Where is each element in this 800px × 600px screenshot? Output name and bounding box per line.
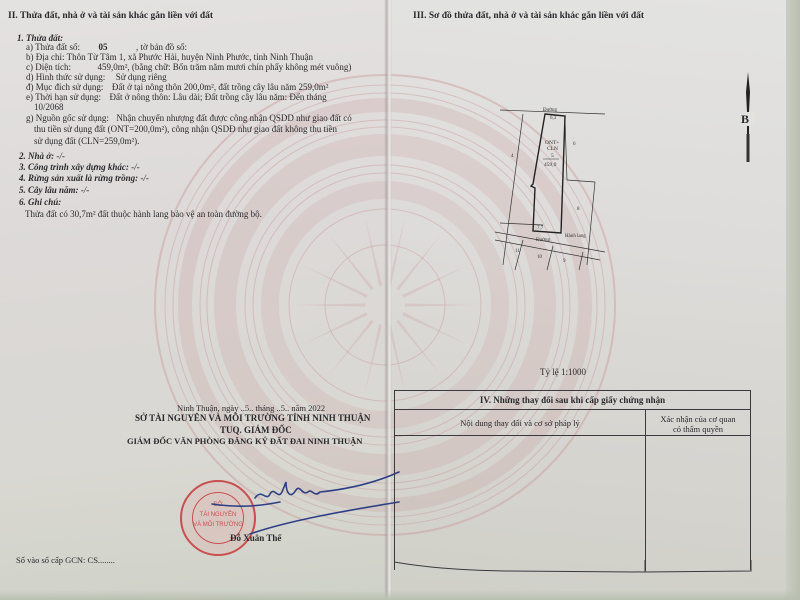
svg-text:6,3: 6,3 bbox=[550, 116, 557, 121]
perennial-trees-row: 5. Cây lâu năm: -/- bbox=[19, 185, 89, 196]
house-value: -/- bbox=[56, 151, 65, 161]
on-behalf-of: TUQ. GIÁM ĐỐC bbox=[220, 425, 292, 436]
signer-name: Đỗ Xuân Thể bbox=[230, 533, 281, 544]
changes-content-header: Nội dung thay đổi và cơ sở pháp lý bbox=[395, 410, 645, 436]
svg-text:459,0: 459,0 bbox=[544, 162, 557, 168]
term-value: Đất ở nông thôn: Lâu dài; Đất trồng cây … bbox=[109, 92, 326, 102]
svg-text:10: 10 bbox=[537, 255, 543, 260]
svg-text:Đường: Đường bbox=[536, 238, 550, 243]
page-edge bbox=[786, 0, 800, 600]
changes-table-bottom-border bbox=[394, 560, 754, 580]
authority-header-line-1: Xác nhận của cơ quan bbox=[646, 414, 750, 424]
use-form-value: Sử dụng riêng bbox=[116, 72, 167, 82]
changes-table-title: IV. Những thay đổi sau khi cấp giấy chứn… bbox=[395, 391, 750, 410]
svg-text:9: 9 bbox=[563, 259, 566, 264]
address-label: b) Địa chỉ: bbox=[26, 52, 65, 62]
svg-text:11: 11 bbox=[515, 249, 520, 254]
map-scale: Tỷ lệ 1:1000 bbox=[540, 367, 586, 378]
svg-text:5: 5 bbox=[551, 153, 554, 159]
house-row: 2. Nhà ở: -/- bbox=[19, 151, 65, 162]
parcel-plan-diagram: Đường Đường Hành lang 6,3 7,7 ONT+ CLN 5… bbox=[495, 100, 655, 270]
production-forest-label: 4. Rừng sản xuất là rừng trồng: bbox=[19, 173, 138, 183]
term-continued: 10/2068 bbox=[34, 102, 64, 113]
svg-text:Hành lang: Hành lang bbox=[565, 234, 586, 239]
parcel-number-label: a) Thửa đất số: bbox=[26, 42, 80, 52]
svg-text:8: 8 bbox=[577, 207, 580, 212]
address-value: Thôn Từ Tâm 1, xã Phước Hải, huyện Ninh … bbox=[67, 52, 313, 62]
authority-confirmation-column: Xác nhận của cơ quan có thẩm quyền bbox=[646, 410, 750, 571]
purpose-value: Đất ở tại nông thôn 200,0m², đất trồng c… bbox=[112, 82, 329, 92]
section-iii-title: III. Sơ đồ thửa đất, nhà ở và tài sản kh… bbox=[413, 11, 644, 22]
parcel-number-value: 05 bbox=[98, 42, 107, 52]
origin-label: g) Nguồn gốc sử dụng: bbox=[26, 113, 109, 123]
changes-table: IV. Những thay đổi sau khi cấp giấy chứn… bbox=[394, 390, 751, 570]
svg-text:4: 4 bbox=[511, 154, 514, 159]
production-forest-value: -/- bbox=[140, 173, 149, 183]
other-construction-label: 3. Công trình xây dựng khác: bbox=[19, 162, 129, 172]
authority-confirmation-header: Xác nhận của cơ quan có thẩm quyền bbox=[646, 410, 750, 436]
use-form-label: d) Hình thức sử dụng: bbox=[26, 72, 105, 82]
notes-label: 6. Ghi chú: bbox=[19, 197, 61, 208]
bottom-shadow bbox=[0, 590, 800, 600]
house-label: 2. Nhà ở: bbox=[19, 151, 54, 161]
signature-icon bbox=[200, 470, 400, 540]
north-label: B bbox=[741, 112, 749, 126]
origin-row: g) Nguồn gốc sử dụng: Nhận chuyển nhượng… bbox=[26, 113, 352, 124]
other-construction-row: 3. Công trình xây dựng khác: -/- bbox=[19, 162, 140, 173]
term-label: e) Thời hạn sử dụng: bbox=[26, 92, 101, 102]
term-row: e) Thời hạn sử dụng: Đất ở nông thôn: Lâ… bbox=[26, 92, 327, 103]
area-label: c) Diện tích: bbox=[26, 62, 71, 72]
svg-text:6: 6 bbox=[573, 142, 576, 147]
notes-text: Thửa đất có 30,7m² đất thuộc hành lang b… bbox=[25, 209, 262, 220]
origin-line-2: thu tiền sử dụng đất (ONT=200,0m²), công… bbox=[34, 124, 337, 135]
origin-line-1: Nhận chuyển nhượng đất được công nhận QS… bbox=[116, 113, 351, 123]
road-top-label: Đường bbox=[543, 108, 557, 113]
svg-text:7,7: 7,7 bbox=[537, 226, 544, 231]
signer-title: GIÁM ĐỐC VĂN PHÒNG ĐĂNG KÝ ĐẤT ĐAI NINH … bbox=[127, 436, 362, 447]
production-forest-row: 4. Rừng sản xuất là rừng trồng: -/- bbox=[19, 173, 149, 184]
perennial-trees-label: 5. Cây lâu năm: bbox=[19, 185, 79, 195]
issuing-organization: SỞ TÀI NGUYÊN VÀ MÔI TRƯỜNG TỈNH NINH TH… bbox=[135, 413, 370, 424]
section-ii-title: II. Thửa đất, nhà ở và tài sản khác gắn … bbox=[8, 11, 213, 22]
origin-line-3: sử dụng đất (CLN=259,0m²). bbox=[34, 136, 139, 147]
authority-header-line-2: có thẩm quyền bbox=[646, 424, 750, 434]
registry-number: Số vào sổ cấp GCN: CS........ bbox=[16, 555, 115, 566]
changes-content-column: Nội dung thay đổi và cơ sở pháp lý bbox=[395, 410, 646, 571]
other-construction-value: -/- bbox=[131, 162, 140, 172]
purpose-label: đ) Mục đích sử dụng: bbox=[26, 82, 103, 92]
svg-text:CLN: CLN bbox=[547, 146, 558, 152]
map-sheet-label: , tờ bản đồ số: bbox=[136, 42, 187, 52]
perennial-trees-value: -/- bbox=[81, 185, 90, 195]
area-value: 459,0m², (bằng chữ: Bốn trăm năm mươi ch… bbox=[97, 62, 351, 72]
